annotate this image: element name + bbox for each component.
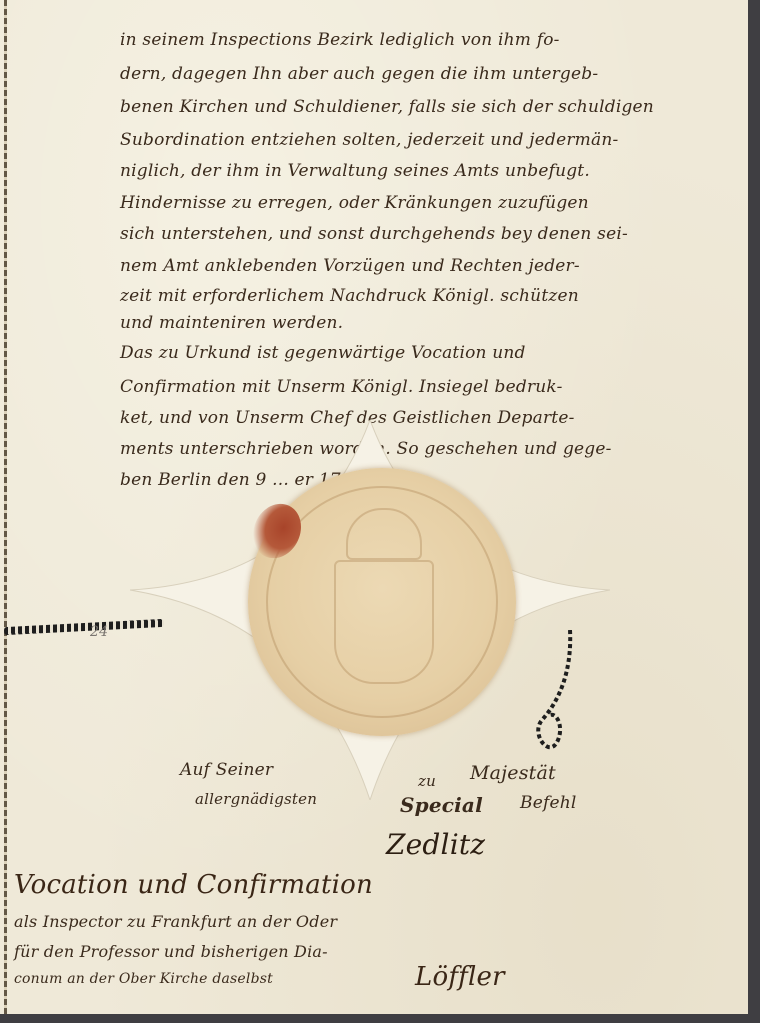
signature-special: Special [400,793,483,817]
body-line-8: nem Amt anklebenden Vorzügen und Rechten… [120,256,580,276]
body-line-4: Subordination entziehen solten, jederzei… [120,130,618,150]
body-line-7: sich unterstehen, und sonst durchgehends… [120,224,628,244]
signature-right-line1: Majestät [470,762,556,784]
endorsement-line3: conum an der Ober Kirche daselbst [14,971,273,987]
signature-autograph: Zedlitz [386,828,485,861]
body-line-6: Hindernisse zu erregen, oder Kränkungen … [120,193,589,213]
signature-left-line2: allergnädigsten [195,790,317,808]
manuscript-page: in seinem Inspections Bezirk lediglich v… [0,0,748,1014]
body-line-11: Das zu Urkund ist gegenwärtige Vocation … [120,343,526,363]
binding-thread [4,0,7,1014]
signature-prefix: zu [418,772,436,790]
body-line-9: zeit mit erforderlichem Nachdruck Königl… [120,286,579,306]
endorsement-line1: als Inspector zu Frankfurt an der Oder [14,912,337,931]
body-line-12: Confirmation mit Unserm Königl. Insiegel… [120,377,563,397]
body-line-5: niglich, der ihm in Verwaltung seines Am… [120,161,590,181]
margin-note: 24 [90,624,108,640]
seal-cord-right [530,630,590,760]
body-line-2: dern, dagegen Ihn aber auch gegen die ih… [120,64,598,84]
body-line-10: und mainteniren werden. [120,313,343,333]
body-line-1: in seinem Inspections Bezirk lediglich v… [120,30,560,50]
endorsement-name: Löffler [415,962,505,992]
signature-left-line1: Auf Seiner [180,760,273,780]
body-line-3: benen Kirchen und Schuldiener, falls sie… [120,97,654,117]
signature-right-line2: Befehl [520,793,577,813]
coat-of-arms-shield [334,560,434,684]
endorsement-line2: für den Professor und bisherigen Dia- [14,942,328,961]
endorsement-title: Vocation und Confirmation [14,870,373,900]
